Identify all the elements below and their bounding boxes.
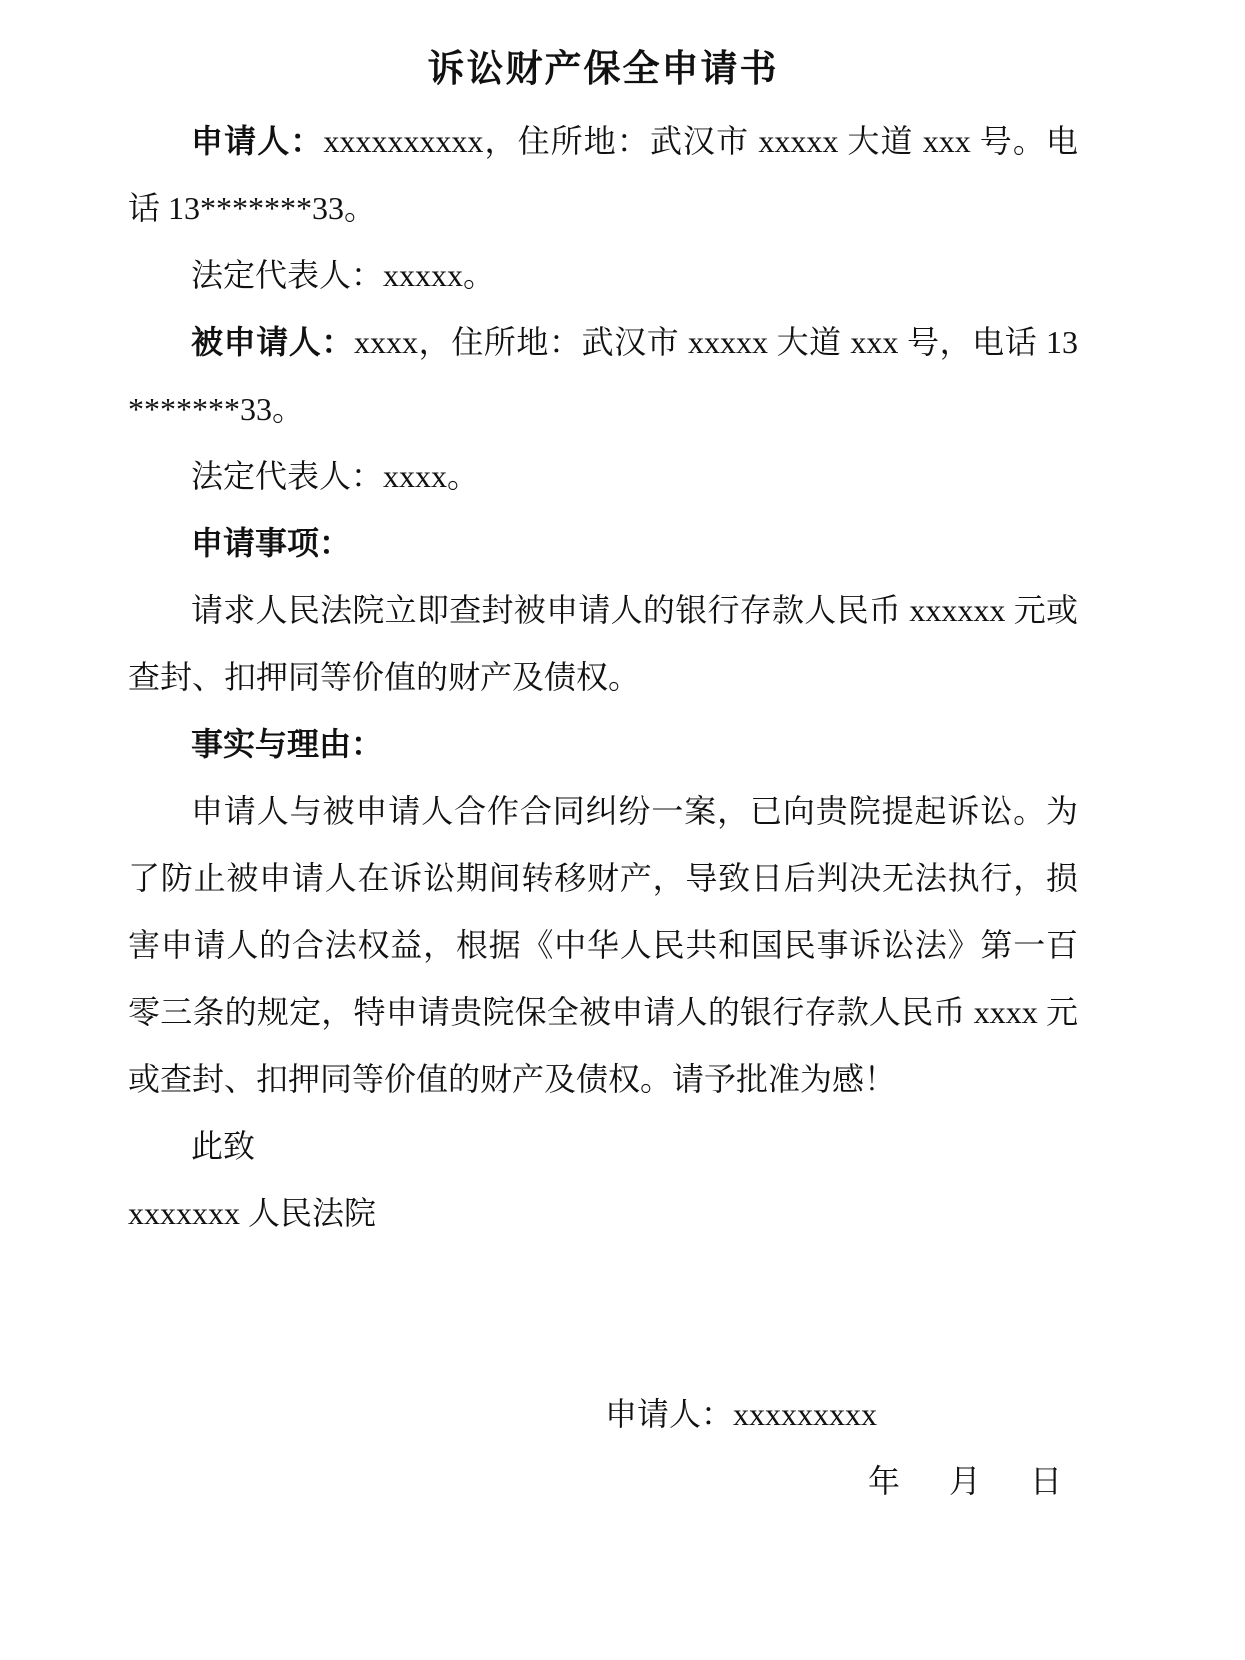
request-body: 请求人民法院立即查封被申请人的银行存款人民币 xxxxxx 元或查封、扣押同等价… xyxy=(128,577,1078,711)
facts-heading: 事实与理由： xyxy=(128,711,1078,778)
document-page: 诉讼财产保全申请书 申请人：xxxxxxxxxx，住所地：武汉市 xxxxx 大… xyxy=(0,0,1245,1660)
respondent-paragraph: 被申请人：xxxx，住所地：武汉市 xxxxx 大道 xxx 号，电话 13**… xyxy=(128,309,1078,443)
signature-line: 申请人：xxxxxxxxx xyxy=(128,1381,1078,1448)
applicant-legal-representative: 法定代表人：xxxxx。 xyxy=(128,242,1078,309)
facts-body: 申请人与被申请人合作合同纠纷一案，已向贵院提起诉讼。为了防止被申请人在诉讼期间转… xyxy=(128,778,1078,1113)
respondent-legal-representative: 法定代表人：xxxx。 xyxy=(128,443,1078,510)
month-label: 月 xyxy=(949,1448,981,1515)
document-title: 诉讼财产保全申请书 xyxy=(128,46,1078,94)
applicant-label: 申请人： xyxy=(191,123,323,159)
applicant-paragraph: 申请人：xxxxxxxxxx，住所地：武汉市 xxxxx 大道 xxx 号。电话… xyxy=(128,108,1078,242)
year-label: 年 xyxy=(868,1448,900,1515)
request-heading: 申请事项： xyxy=(128,510,1078,577)
respondent-label: 被申请人： xyxy=(191,324,354,360)
court-name: xxxxxxx 人民法院 xyxy=(128,1180,1078,1247)
salutation: 此致 xyxy=(128,1113,1078,1180)
date-line: 年 月 日 xyxy=(128,1448,1078,1515)
day-label: 日 xyxy=(1030,1448,1062,1515)
